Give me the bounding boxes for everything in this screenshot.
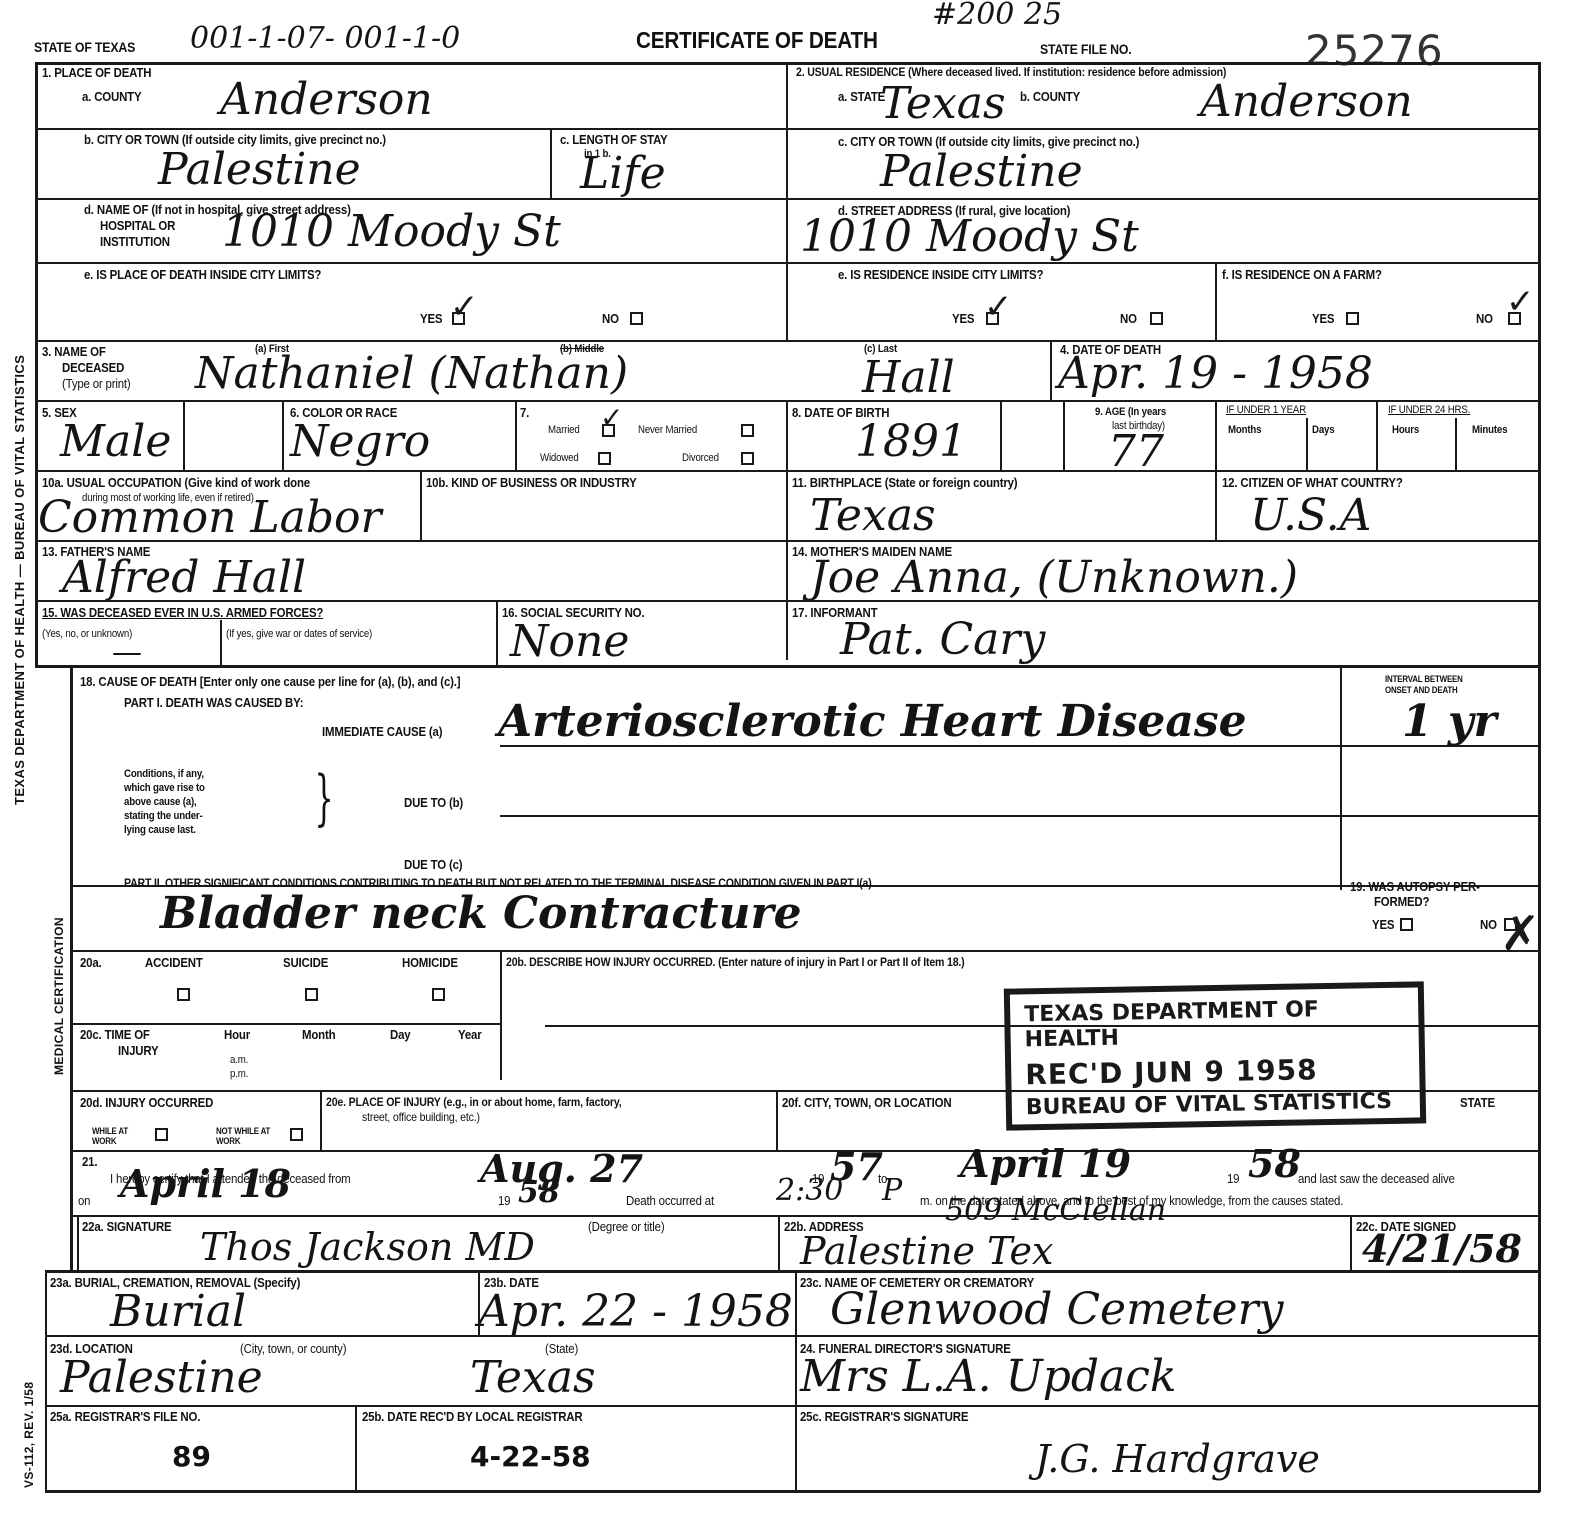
divorced-label: Divorced <box>682 452 719 464</box>
checkmark-icon: ✓ <box>1506 285 1535 319</box>
physician-address-line-2[interactable]: Palestine Tex <box>800 1232 1053 1270</box>
pm-label: p.m. <box>230 1068 248 1080</box>
handwritten-code: 001-1-07- 001-1-0 <box>190 24 460 54</box>
interval-label-1: INTERVAL BETWEEN <box>1385 675 1463 685</box>
col-line <box>500 950 502 1080</box>
mother-value[interactable]: Joe Anna, (Unknown.) <box>810 556 1298 600</box>
homicide-label: HOMICIDE <box>402 956 458 970</box>
residence-inside-city-yes-label: YES <box>952 312 974 326</box>
medical-certification-side-label: MEDICAL CERTIFICATION <box>52 917 66 1075</box>
disposition-value[interactable]: Burial <box>110 1290 246 1334</box>
occupation-value[interactable]: Common Labor <box>38 496 382 540</box>
while-at-work-checkbox[interactable] <box>155 1128 168 1141</box>
frame-left-lower <box>45 1270 47 1490</box>
length-of-stay-label: c. LENGTH OF STAY <box>560 133 668 147</box>
suicide-label: SUICIDE <box>283 956 328 970</box>
row-line <box>70 950 1540 952</box>
immediate-cause-label: IMMEDIATE CAUSE (a) <box>322 725 442 739</box>
days-label: Days <box>1312 424 1334 436</box>
last-seen-date[interactable]: April 18 <box>120 1165 291 1203</box>
row-line <box>35 470 1540 472</box>
place-of-death-label: 1. PLACE OF DEATH <box>42 66 151 80</box>
not-while-at-work-checkbox[interactable] <box>290 1128 303 1141</box>
received-stamp: TEXAS DEPARTMENT OF HEALTH REC'D JUN 9 1… <box>1004 981 1426 1130</box>
autopsy-no-label: NO <box>1480 918 1497 932</box>
col-line <box>496 600 498 665</box>
time-of-injury-label-2: INJURY <box>118 1044 158 1058</box>
residence-inside-city-label: e. IS RESIDENCE INSIDE CITY LIMITS? <box>838 268 1043 282</box>
row-line <box>500 815 1540 817</box>
col-line <box>1455 418 1457 470</box>
widowed-label: Widowed <box>540 452 579 464</box>
residence-inside-city-no-checkbox[interactable] <box>1150 312 1163 325</box>
row-line <box>70 1023 500 1025</box>
year-label: Year <box>458 1028 481 1042</box>
residence-state-value[interactable]: Texas <box>880 82 1006 126</box>
residence-farm-yes-label: YES <box>1312 312 1334 326</box>
registrar-signature-label: 25c. REGISTRAR'S SIGNATURE <box>800 1410 968 1424</box>
funeral-director-signature[interactable]: Mrs L.A. Updack <box>800 1355 1177 1399</box>
form-number-label: VS-112, REV. 1/58 <box>22 1382 36 1488</box>
place-of-injury-label-2: street, office building, etc.) <box>362 1111 480 1124</box>
autopsy-label-2: FORMED? <box>1374 895 1429 909</box>
date-signed-value[interactable]: 4/21/58 <box>1362 1230 1522 1268</box>
death-occurred-label: Death occurred at <box>626 1194 714 1208</box>
residence-city-value[interactable]: Palestine <box>880 150 1083 194</box>
date-recd-label: 25b. DATE REC'D BY LOCAL REGISTRAR <box>362 1410 582 1424</box>
autopsy-yes-label: YES <box>1372 918 1394 932</box>
conditions-line-1: Conditions, if any, <box>124 768 204 780</box>
physician-address-line-1[interactable]: 509 McClellan <box>945 1196 1166 1226</box>
registrar-file-label: 25a. REGISTRAR'S FILE NO. <box>50 1410 200 1424</box>
location-city-value[interactable]: Palestine <box>60 1356 263 1400</box>
accident-label: ACCIDENT <box>145 956 203 970</box>
conditions-line-2: which gave rise to <box>124 782 205 794</box>
widowed-checkbox[interactable] <box>598 452 611 465</box>
row-line <box>45 1405 1540 1407</box>
stamp-line-1: TEXAS DEPARTMENT OF HEALTH <box>1024 996 1405 1053</box>
injury-occurred-label: 20d. INJURY OCCURRED <box>80 1096 213 1110</box>
checkmark-icon: ✓ <box>600 404 623 432</box>
state-of-texas-label: STATE OF TEXAS <box>34 40 135 55</box>
armed-forces-label: 15. WAS DECEASED EVER IN U.S. ARMED FORC… <box>42 606 323 620</box>
am-label: a.m. <box>230 1054 248 1066</box>
months-label: Months <box>1228 424 1261 436</box>
informant-value[interactable]: Pat. Cary <box>840 618 1045 662</box>
due-to-c-label: DUE TO (c) <box>404 858 462 872</box>
married-label: Married <box>548 424 580 436</box>
death-ampm-value[interactable]: P <box>882 1176 902 1206</box>
attended-to-year[interactable]: 58 <box>1248 1145 1301 1183</box>
marital-label: 7. <box>520 406 529 420</box>
death-inside-city-label: e. IS PLACE OF DEATH INSIDE CITY LIMITS? <box>84 268 321 282</box>
degree-label: (Degree or title) <box>588 1220 664 1234</box>
hours-label: Hours <box>1392 424 1419 436</box>
handwritten-top-number: #200 25 <box>932 0 1062 30</box>
divorced-checkbox[interactable] <box>741 452 754 465</box>
name-label-2: DECEASED <box>62 361 124 375</box>
cause-of-death-label: 18. CAUSE OF DEATH [Enter only one cause… <box>80 675 460 689</box>
frame-left-medical <box>70 665 73 1270</box>
stamp-line-3: BUREAU OF VITAL STATISTICS <box>1026 1089 1406 1121</box>
name-label-3: (Type or print) <box>62 377 131 391</box>
burial-date-value[interactable]: Apr. 22 - 1958 <box>478 1290 793 1334</box>
col-line <box>1050 340 1052 400</box>
occupation-label: 10a. USUAL OCCUPATION (Give kind of work… <box>42 476 310 490</box>
registrar-signature[interactable]: J.G. Hardgrave <box>1035 1440 1320 1478</box>
certification-number: 21. <box>82 1155 97 1169</box>
day-label: Day <box>390 1028 410 1042</box>
col-line <box>776 1090 778 1150</box>
age-value[interactable]: 77 <box>1108 430 1164 474</box>
interval-label-2: ONSET AND DEATH <box>1385 686 1458 696</box>
col-line <box>786 400 788 660</box>
describe-injury-label: 20b. DESCRIBE HOW INJURY OCCURRED. (Ente… <box>506 956 964 969</box>
institution-value[interactable]: 1010 Moody St <box>222 210 561 254</box>
residence-farm-yes-checkbox[interactable] <box>1346 312 1359 325</box>
col-line <box>77 1215 79 1270</box>
col-line <box>282 400 284 470</box>
col-line <box>1306 418 1308 470</box>
row-line <box>35 198 1540 200</box>
residence-county-value[interactable]: Anderson <box>1200 80 1413 124</box>
col-line <box>183 400 185 470</box>
homicide-checkbox[interactable] <box>432 988 445 1001</box>
col-line <box>1350 1215 1352 1270</box>
residence-inside-city-no-label: NO <box>1120 312 1137 326</box>
business-label: 10b. KIND OF BUSINESS OR INDUSTRY <box>426 476 637 490</box>
dob-value[interactable]: 1891 <box>855 420 967 464</box>
institution-label-3: INSTITUTION <box>100 235 170 249</box>
attended-from-date[interactable]: Aug. 27 <box>480 1150 643 1188</box>
row-line <box>35 128 1540 130</box>
under-1-year-label: IF UNDER 1 YEAR <box>1226 404 1306 416</box>
race-value[interactable]: Negro <box>290 420 430 464</box>
col-line <box>1000 400 1002 470</box>
last-seen-year[interactable]: 58 <box>518 1178 560 1208</box>
sex-value[interactable]: Male <box>60 420 171 464</box>
checkmark-icon: ✓ <box>450 290 479 324</box>
brace-icon: } <box>315 768 334 828</box>
row-line <box>35 262 1540 264</box>
row-line <box>70 1215 1540 1217</box>
signature-label: 22a. SIGNATURE <box>82 1220 172 1234</box>
frame-bottom <box>45 1490 1540 1493</box>
certify-text-2: and last saw the deceased alive <box>1298 1172 1455 1186</box>
department-side-label: TEXAS DEPARTMENT OF HEALTH — BUREAU OF V… <box>12 355 27 805</box>
state-file-label: STATE FILE NO. <box>1040 42 1132 57</box>
due-to-b-label: DUE TO (b) <box>404 796 463 810</box>
citizen-label: 12. CITIZEN OF WHAT COUNTRY? <box>1222 476 1403 490</box>
place-of-injury-label: 20e. PLACE OF INJURY (e.g., in or about … <box>326 1096 622 1109</box>
death-inside-city-no-checkbox[interactable] <box>630 312 643 325</box>
cemetery-value[interactable]: Glenwood Cemetery <box>830 1288 1283 1332</box>
on-label: on <box>78 1194 90 1208</box>
year-prefix-3: 19 <box>498 1194 510 1208</box>
not-while-at-work-label: NOT WHILE AT WORK <box>216 1127 279 1147</box>
injury-state-label: STATE <box>1460 1096 1495 1110</box>
conditions-line-4: stating the under- <box>124 810 203 822</box>
residence-street-value[interactable]: 1010 Moody St <box>800 215 1139 259</box>
location-state-value[interactable]: Texas <box>470 1356 596 1400</box>
label-20a: 20a. <box>80 956 102 970</box>
death-time-value[interactable]: 2:30 <box>776 1176 843 1206</box>
col-line <box>515 400 517 470</box>
col-line <box>1340 665 1342 890</box>
col-line <box>355 1405 357 1490</box>
state-file-number: 25276 <box>1305 26 1444 75</box>
frame-left-upper <box>35 62 38 665</box>
col-line <box>1376 400 1378 470</box>
date-of-death-value[interactable]: Apr. 19 - 1958 <box>1058 352 1373 396</box>
physician-signature[interactable]: Thos Jackson MD <box>200 1228 535 1266</box>
usual-residence-label: 2. USUAL RESIDENCE (Where deceased lived… <box>796 66 1226 79</box>
frame-right <box>1538 62 1541 1492</box>
accident-checkbox[interactable] <box>177 988 190 1001</box>
attended-to-date[interactable]: April 19 <box>960 1145 1131 1183</box>
conditions-line-5: lying cause last. <box>124 824 196 836</box>
autopsy-label-1: 19. WAS AUTOPSY PER- <box>1350 880 1480 894</box>
hour-label: Hour <box>224 1028 250 1042</box>
col-line <box>220 620 222 665</box>
col-line <box>550 128 552 198</box>
first-name-value[interactable]: Nathaniel (Nathan) <box>195 352 628 396</box>
interval-value[interactable]: 1 yr <box>1402 700 1497 744</box>
checkmark-icon: ✓ <box>984 290 1013 324</box>
row-line <box>70 1150 1540 1152</box>
part2-value[interactable]: Bladder neck Contracture <box>160 892 802 936</box>
institution-label-2: HOSPITAL OR <box>100 219 175 233</box>
residence-farm-label: f. IS RESIDENCE ON A FARM? <box>1222 268 1382 282</box>
while-at-work-label: WHILE AT WORK <box>92 1127 145 1147</box>
citizen-value[interactable]: U.S.A <box>1250 494 1371 538</box>
ssn-value[interactable]: None <box>510 620 629 664</box>
time-of-injury-label: 20c. TIME OF <box>80 1028 150 1042</box>
never-married-checkbox[interactable] <box>741 424 754 437</box>
col-line <box>320 1090 322 1150</box>
never-married-label: Never Married <box>638 424 697 436</box>
birthplace-label: 11. BIRTHPLACE (State or foreign country… <box>792 476 1017 490</box>
col-line <box>795 1270 797 1490</box>
x-mark-icon: ✗ <box>1500 910 1540 958</box>
row-line <box>35 340 1540 342</box>
residence-county-label: b. COUNTY <box>1020 90 1080 104</box>
armed-forces-sub2: (If yes, give war or dates of service) <box>226 628 372 640</box>
death-inside-city-no-label: NO <box>602 312 619 326</box>
autopsy-yes-checkbox[interactable] <box>1400 918 1413 931</box>
name-label-1: 3. NAME OF <box>42 345 106 359</box>
year-prefix-2: 19 <box>1227 1172 1239 1186</box>
length-of-stay-value[interactable]: Life <box>580 152 666 196</box>
injury-city-label: 20f. CITY, TOWN, OR LOCATION <box>782 1096 951 1110</box>
row-line <box>35 665 1540 668</box>
residence-state-label: a. STATE <box>838 90 885 104</box>
age-label-1: 9. AGE (In years <box>1095 406 1166 418</box>
death-city-value[interactable]: Palestine <box>158 148 361 192</box>
father-value[interactable]: Alfred Hall <box>62 556 306 600</box>
death-county-value[interactable]: Anderson <box>220 78 433 122</box>
col-split-top <box>786 62 788 342</box>
certificate-title: CERTIFICATE OF DEATH <box>636 28 878 53</box>
birthplace-value[interactable]: Texas <box>810 494 936 538</box>
minutes-label: Minutes <box>1472 424 1507 436</box>
armed-forces-value[interactable]: — <box>112 638 142 668</box>
registrar-file-value[interactable]: 89 <box>172 1440 211 1473</box>
under-24-hrs-label: IF UNDER 24 HRS. <box>1388 404 1470 416</box>
residence-farm-no-label: NO <box>1476 312 1493 326</box>
part1-label: PART I. DEATH WAS CAUSED BY: <box>124 696 303 710</box>
col-line <box>1215 262 1217 342</box>
death-inside-city-yes-label: YES <box>420 312 442 326</box>
col-line <box>420 470 422 540</box>
date-recd-value[interactable]: 4-22-58 <box>470 1440 591 1473</box>
stamp-received-date: REC'D JUN 9 1958 <box>1025 1052 1406 1092</box>
month-label: Month <box>302 1028 335 1042</box>
col-line <box>778 1215 780 1270</box>
row-line <box>45 1270 1540 1273</box>
death-county-label: a. COUNTY <box>82 90 141 104</box>
conditions-line-3: above cause (a), <box>124 796 197 808</box>
immediate-cause-value[interactable]: Arteriosclerotic Heart Disease <box>498 700 1247 744</box>
suicide-checkbox[interactable] <box>305 988 318 1001</box>
col-line <box>1063 400 1065 470</box>
last-name-value[interactable]: Hall <box>862 356 955 400</box>
